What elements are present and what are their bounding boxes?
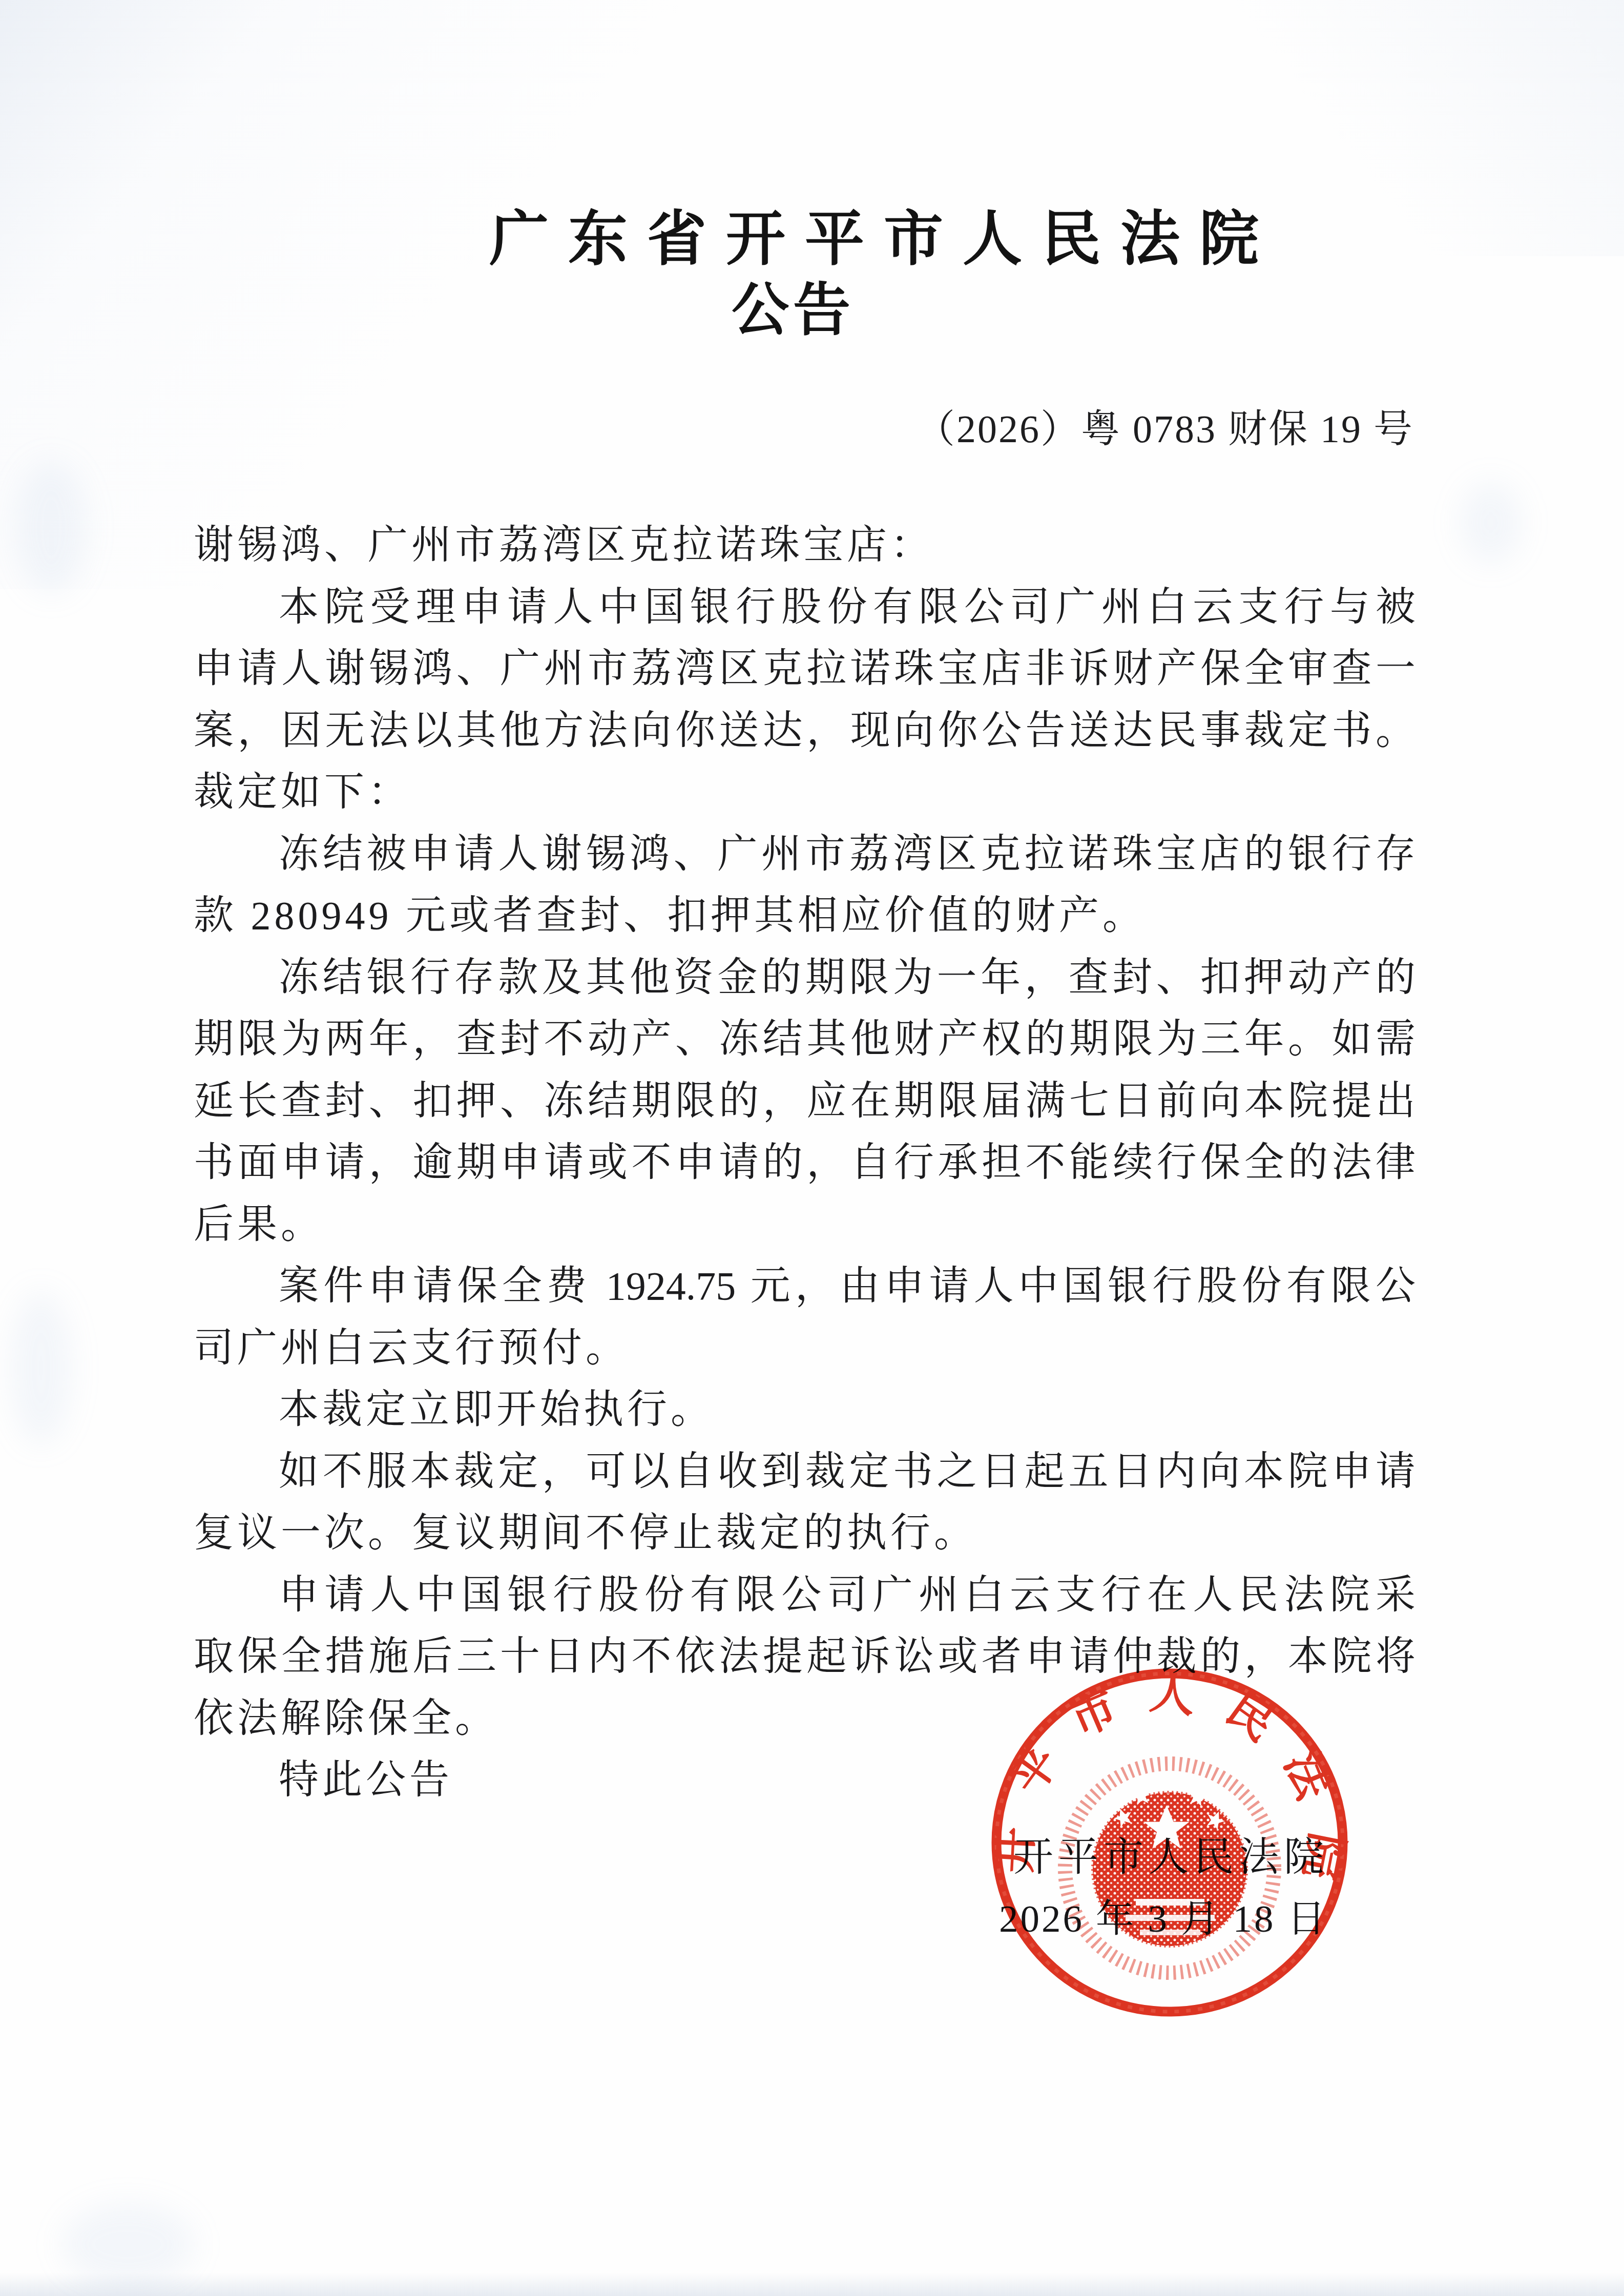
body-line: 本院受理申请人中国银行股份有限公司广州白云支行与被 [194,584,1415,630]
body-line: 冻结被申请人谢锡鸿、广州市荔湾区克拉诺珠宝店的银行存 [194,831,1415,877]
body-line: 本裁定立即开始执行。 [194,1387,1415,1433]
page-title: 广东省开平市人民法院 [489,209,1278,268]
body-line: 申请人谢锡鸿、广州市荔湾区克拉诺珠宝店非诉财产保全审查一 [194,646,1415,692]
body-line: 司广州白云支行预付。 [194,1325,1415,1371]
body-line: 复议一次。复议期间不停止裁定的执行。 [194,1510,1415,1556]
body-line: 如不服本裁定，可以自收到裁定书之日起五日内向本院申请 [194,1449,1415,1495]
body-line: 裁定如下： [194,769,1415,815]
body-line: 延长查封、扣押、冻结期限的，应在期限届满七日前向本院提出 [194,1078,1415,1124]
body-line: 案，因无法以其他方法向你送达，现向你公告送达民事裁定书。 [194,708,1415,754]
body-line: 谢锡鸿、广州市荔湾区克拉诺珠宝店： [194,522,1415,568]
body-line: 取保全措施后三十日内不依法提起诉讼或者申请仲裁的，本院将 [194,1633,1415,1680]
body-line: 申请人中国银行股份有限公司广州白云支行在人民法院采 [194,1572,1415,1618]
closing-line: 特此公告 [194,1757,1415,1803]
body-line: 期限为两年，查封不动产、冻结其他财产权的期限为三年。如需 [194,1016,1415,1062]
scan-smudge [1460,482,1522,564]
court-signature: 开平市人民法院 [1013,1837,1329,1877]
signature-date: 2026 年 3 月 18 日 [999,1900,1327,1938]
body-line: 冻结银行存款及其他资金的期限为一年，查封、扣押动产的 [194,955,1415,1001]
case-number: （2026）粤 0783 财保 19 号 [916,410,1414,449]
announcement-title: 公告 [732,282,855,339]
scan-smudge [15,461,87,594]
body-line: 书面申请，逾期申请或不申请的，自行承担不能续行保全的法律 [194,1140,1415,1186]
body-line: 案件申请保全费 1924.75 元，由申请人中国银行股份有限公 [194,1263,1415,1309]
scanned-court-announcement: { "page": { "title_line1": "广东省开平市人民法院",… [0,0,1624,2296]
scan-smudge [10,1291,72,1445]
scan-shading-top-left [0,0,794,589]
scan-smudge [61,2203,195,2285]
body-line: 后果。 [194,1202,1415,1248]
body-line: 依法解除保全。 [194,1695,1415,1742]
scan-edge-bottom [0,2272,1624,2296]
body-line: 款 280949 元或者查封、扣押其相应价值的财产。 [194,893,1415,939]
